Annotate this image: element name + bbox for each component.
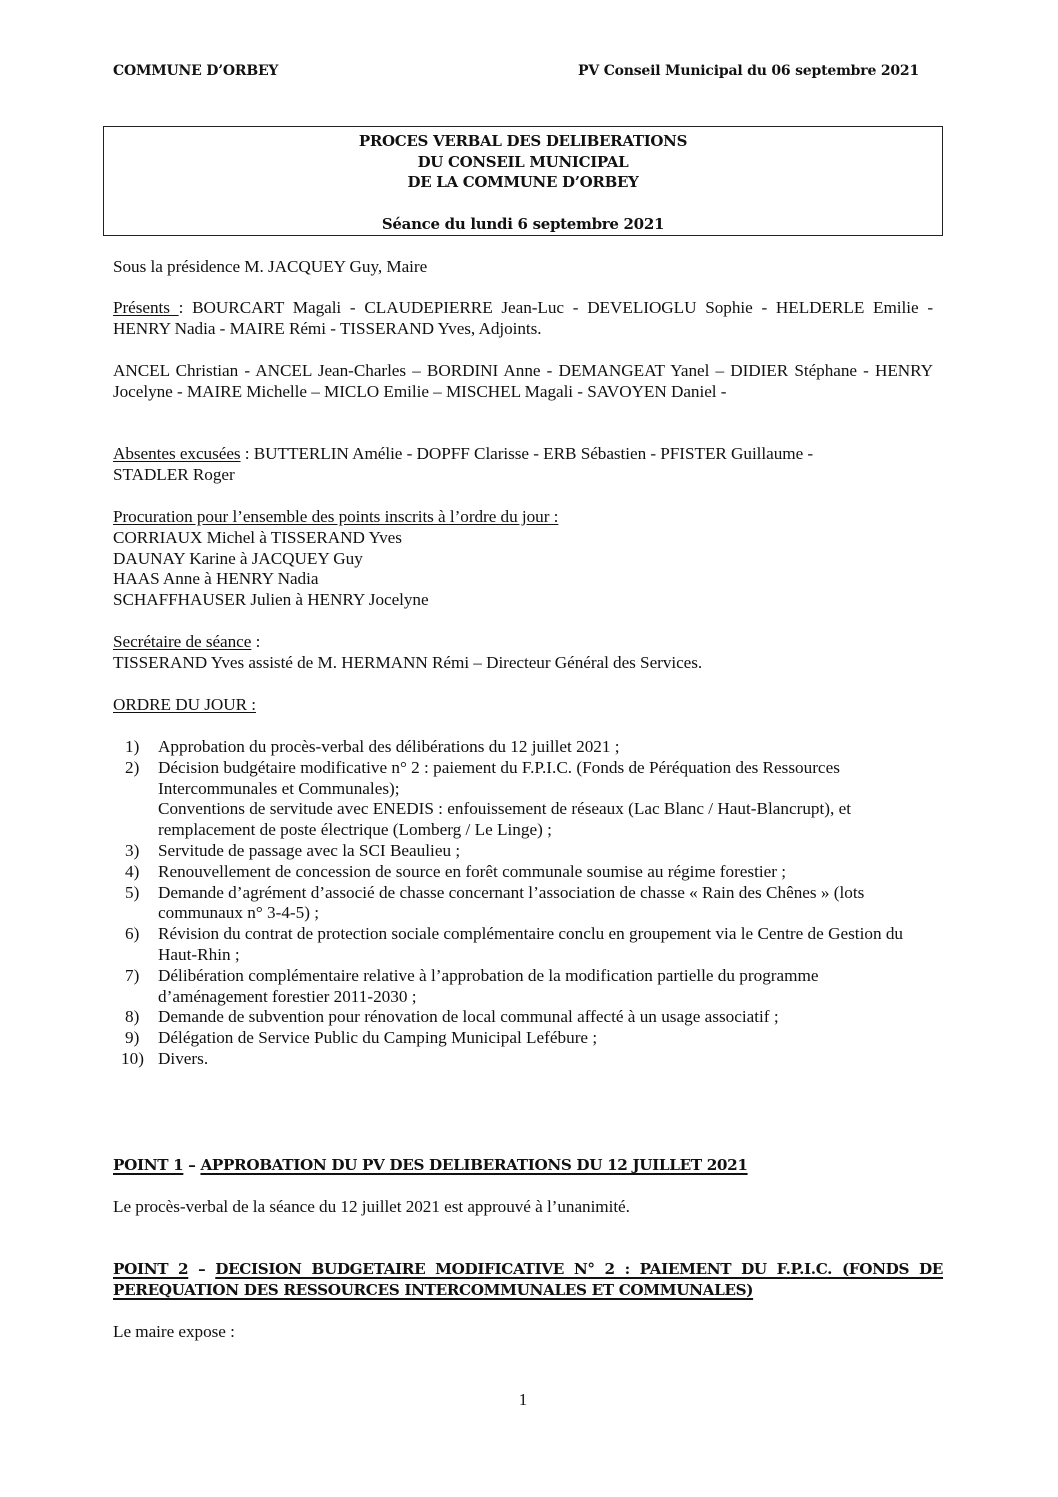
secretaire-section: Secrétaire de séance : TISSERAND Yves as…: [113, 632, 933, 674]
absents-label: Absentes excusées: [113, 444, 241, 463]
conseillers-paragraph: ANCEL Christian - ANCEL Jean-Charles – B…: [113, 361, 933, 403]
agenda-item: 3)Servitude de passage avec la SCI Beaul…: [113, 841, 933, 862]
agenda-item: 1)Approbation du procès-verbal des délib…: [113, 737, 933, 758]
page-number: 1: [0, 1390, 1046, 1410]
procuration-item: HAAS Anne à HENRY Nadia: [113, 569, 933, 590]
agenda-item: 6)Révision du contrat de protection soci…: [113, 924, 913, 966]
document-page: COMMUNE D’ORBEY PV Conseil Municipal du …: [0, 0, 1058, 1497]
header-pv-date: PV Conseil Municipal du 06 septembre 202…: [578, 63, 919, 79]
agenda-item: 2)Décision budgétaire modificative n° 2 …: [113, 758, 913, 841]
header-commune: COMMUNE D’ORBEY: [113, 63, 278, 79]
title-line-2: DU CONSEIL MUNICIPAL: [104, 152, 942, 173]
title-line-1: PROCES VERBAL DES DELIBERATIONS: [104, 131, 942, 152]
presents-paragraph: Présents : BOURCART Magali - CLAUDEPIERR…: [113, 298, 933, 340]
ordre-du-jour-heading: ORDRE DU JOUR :: [113, 695, 933, 716]
procuration-label: Procuration pour l’ensemble des points i…: [113, 507, 558, 528]
presents-text: : BOURCART Magali - CLAUDEPIERRE Jean-Lu…: [113, 298, 933, 338]
procuration-item: DAUNAY Karine à JACQUEY Guy: [113, 549, 933, 570]
agenda-item: 10)Divers.: [113, 1049, 933, 1070]
title-line-3: DE LA COMMUNE D’ORBEY: [104, 172, 942, 193]
secretaire-text: TISSERAND Yves assisté de M. HERMANN Rém…: [113, 653, 933, 674]
procuration-item: CORRIAUX Michel à TISSERAND Yves: [113, 528, 933, 549]
point-1-heading: POINT 1 – APPROBATION DU PV DES DELIBERA…: [113, 1155, 943, 1176]
agenda-item: 5)Demande d’agrément d’associé de chasse…: [113, 883, 923, 925]
presidence: Sous la présidence M. JACQUEY Guy, Maire: [113, 257, 933, 278]
agenda-item: 4)Renouvellement de concession de source…: [113, 862, 873, 883]
point-1-text: Le procès-verbal de la séance du 12 juil…: [113, 1197, 933, 1218]
agenda-list: 1)Approbation du procès-verbal des délib…: [113, 737, 933, 1070]
presents-label: Présents: [113, 298, 179, 317]
title-box: PROCES VERBAL DES DELIBERATIONS DU CONSE…: [103, 126, 943, 236]
agenda-item: 9)Délégation de Service Public du Campin…: [113, 1028, 933, 1049]
secretaire-label: Secrétaire de séance: [113, 632, 251, 651]
seance-date: Séance du lundi 6 septembre 2021: [104, 214, 942, 235]
point-2-heading: POINT 2 – DECISION BUDGETAIRE MODIFICATI…: [113, 1259, 943, 1301]
agenda-item: 7)Délibération complémentaire relative à…: [113, 966, 893, 1008]
procuration-item: SCHAFFHAUSER Julien à HENRY Jocelyne: [113, 590, 933, 611]
point-2-text: Le maire expose :: [113, 1322, 933, 1343]
absents-paragraph: Absentes excusées : BUTTERLIN Amélie - D…: [113, 444, 873, 486]
agenda-item: 8)Demande de subvention pour rénovation …: [113, 1007, 853, 1028]
procuration-section: Procuration pour l’ensemble des points i…: [113, 507, 933, 611]
